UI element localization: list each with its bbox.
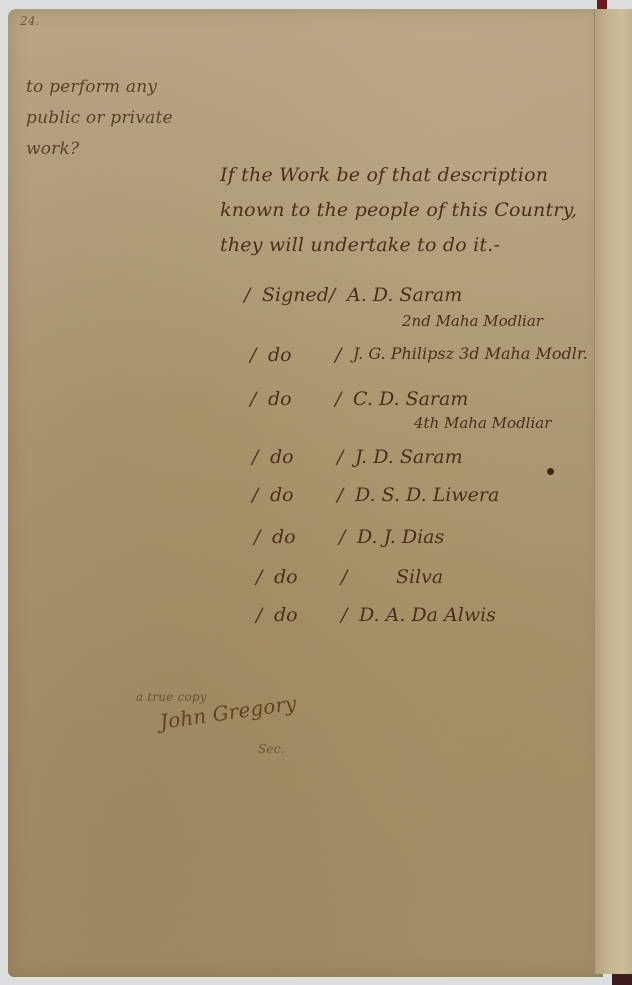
signatory-name: D. J. Dias — [357, 526, 444, 548]
signatory-name: J. D. Saram — [355, 446, 463, 468]
ink-spot — [547, 468, 554, 475]
signatory-name: D. A. Da Alwis — [359, 604, 496, 626]
page-binding-strip — [594, 9, 632, 974]
margin-note-line: work? — [26, 134, 173, 165]
body-line: known to the people of this Country, — [220, 193, 577, 228]
attestation-title: Sec. — [258, 742, 285, 756]
signature-label: Signed — [262, 284, 329, 306]
signature-label: do — [270, 446, 294, 468]
margin-note-line: public or private — [26, 103, 173, 134]
body-text: If the Work be of that description known… — [220, 158, 577, 263]
signature-label: do — [268, 388, 292, 410]
signatory-name: Silva — [396, 566, 443, 588]
signature-label: do — [270, 484, 294, 506]
signature-label: do — [272, 526, 296, 548]
margin-note-line: to perform any — [26, 72, 173, 103]
page-number: 24. — [20, 14, 40, 28]
signature-label: do — [274, 604, 298, 626]
signatory-title: 2nd Maha Modliar — [402, 312, 543, 330]
signatory-name: D. S. D. Liwera — [355, 484, 499, 506]
attestation-note: a true copy — [136, 690, 207, 704]
margin-note: to perform any public or private work? — [26, 72, 173, 165]
signatory-name: C. D. Saram — [353, 388, 468, 410]
signatory-name: J. G. Philipsz 3d Maha Modlr. — [353, 344, 588, 363]
body-line: they will undertake to do it.- — [220, 228, 577, 263]
binding-ribbon-bottom — [612, 974, 632, 985]
signature-label: do — [268, 344, 292, 366]
signatory-name: A. D. Saram — [347, 284, 462, 306]
signatory-title: 4th Maha Modliar — [414, 414, 551, 432]
body-line: If the Work be of that description — [220, 158, 577, 193]
signature-label: do — [274, 566, 298, 588]
binding-ribbon-top — [597, 0, 607, 9]
